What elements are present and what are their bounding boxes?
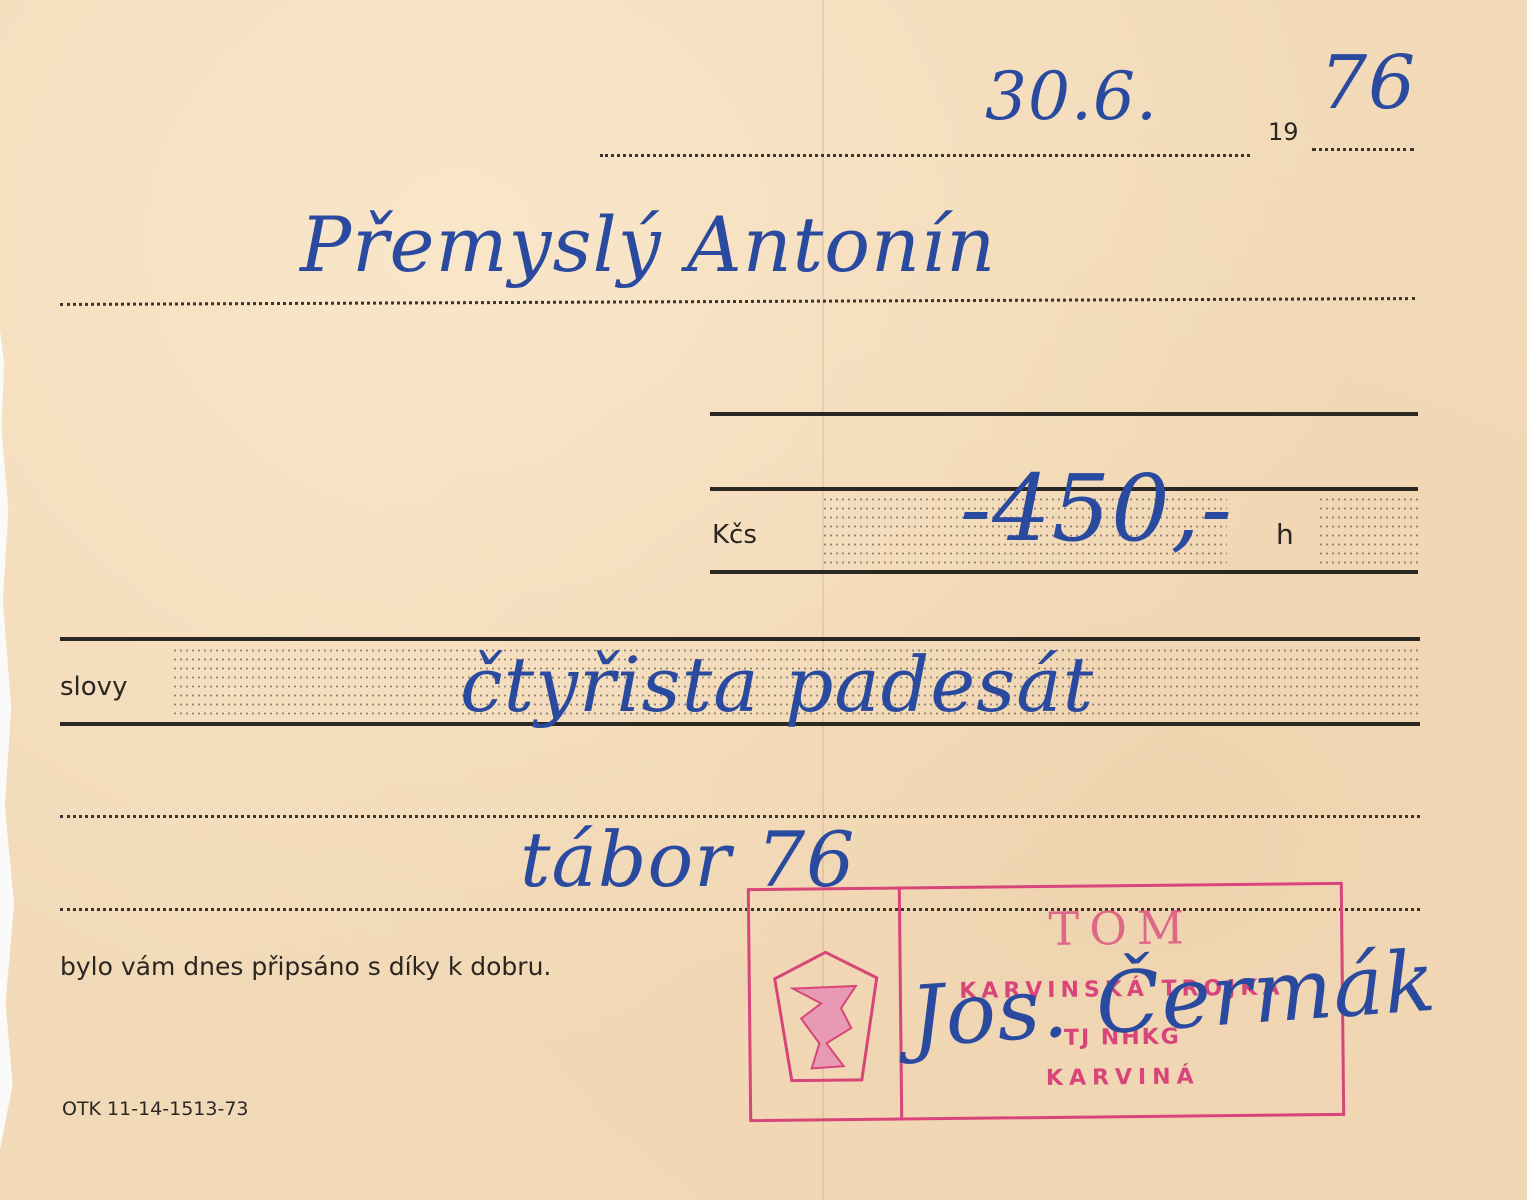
footer-text: bylo vám dnes připsáno s díky k dobru. [60,952,551,981]
amount-top-rule [710,412,1418,416]
torn-edge [0,330,14,1150]
amount-bottom-rule [710,570,1418,574]
date-line [600,154,1250,157]
receipt-paper: 30.6. 19 76 Přemyslý Antonín Kčs -450,- … [0,0,1527,1200]
stamp-line-4: KARVINÁ [904,1063,1342,1093]
payer-name: Přemyslý Antonín [300,200,996,289]
date-year: 76 [1320,40,1416,126]
name-line [60,297,1415,306]
words-value: čtyřista padesát [460,640,1094,729]
date-year-line [1312,148,1414,151]
shield-emblem-icon [770,948,881,1089]
hal-label: h [1276,518,1294,551]
words-label: slovy [60,672,127,702]
form-code: OTK 11-14-1513-73 [62,1098,249,1120]
amount-value: -450,- [960,455,1233,562]
hal-dot-field [1318,495,1418,567]
date-century: 19 [1268,118,1299,146]
date-day-month: 30.6. [985,58,1158,135]
currency-label: Kčs [712,520,757,550]
